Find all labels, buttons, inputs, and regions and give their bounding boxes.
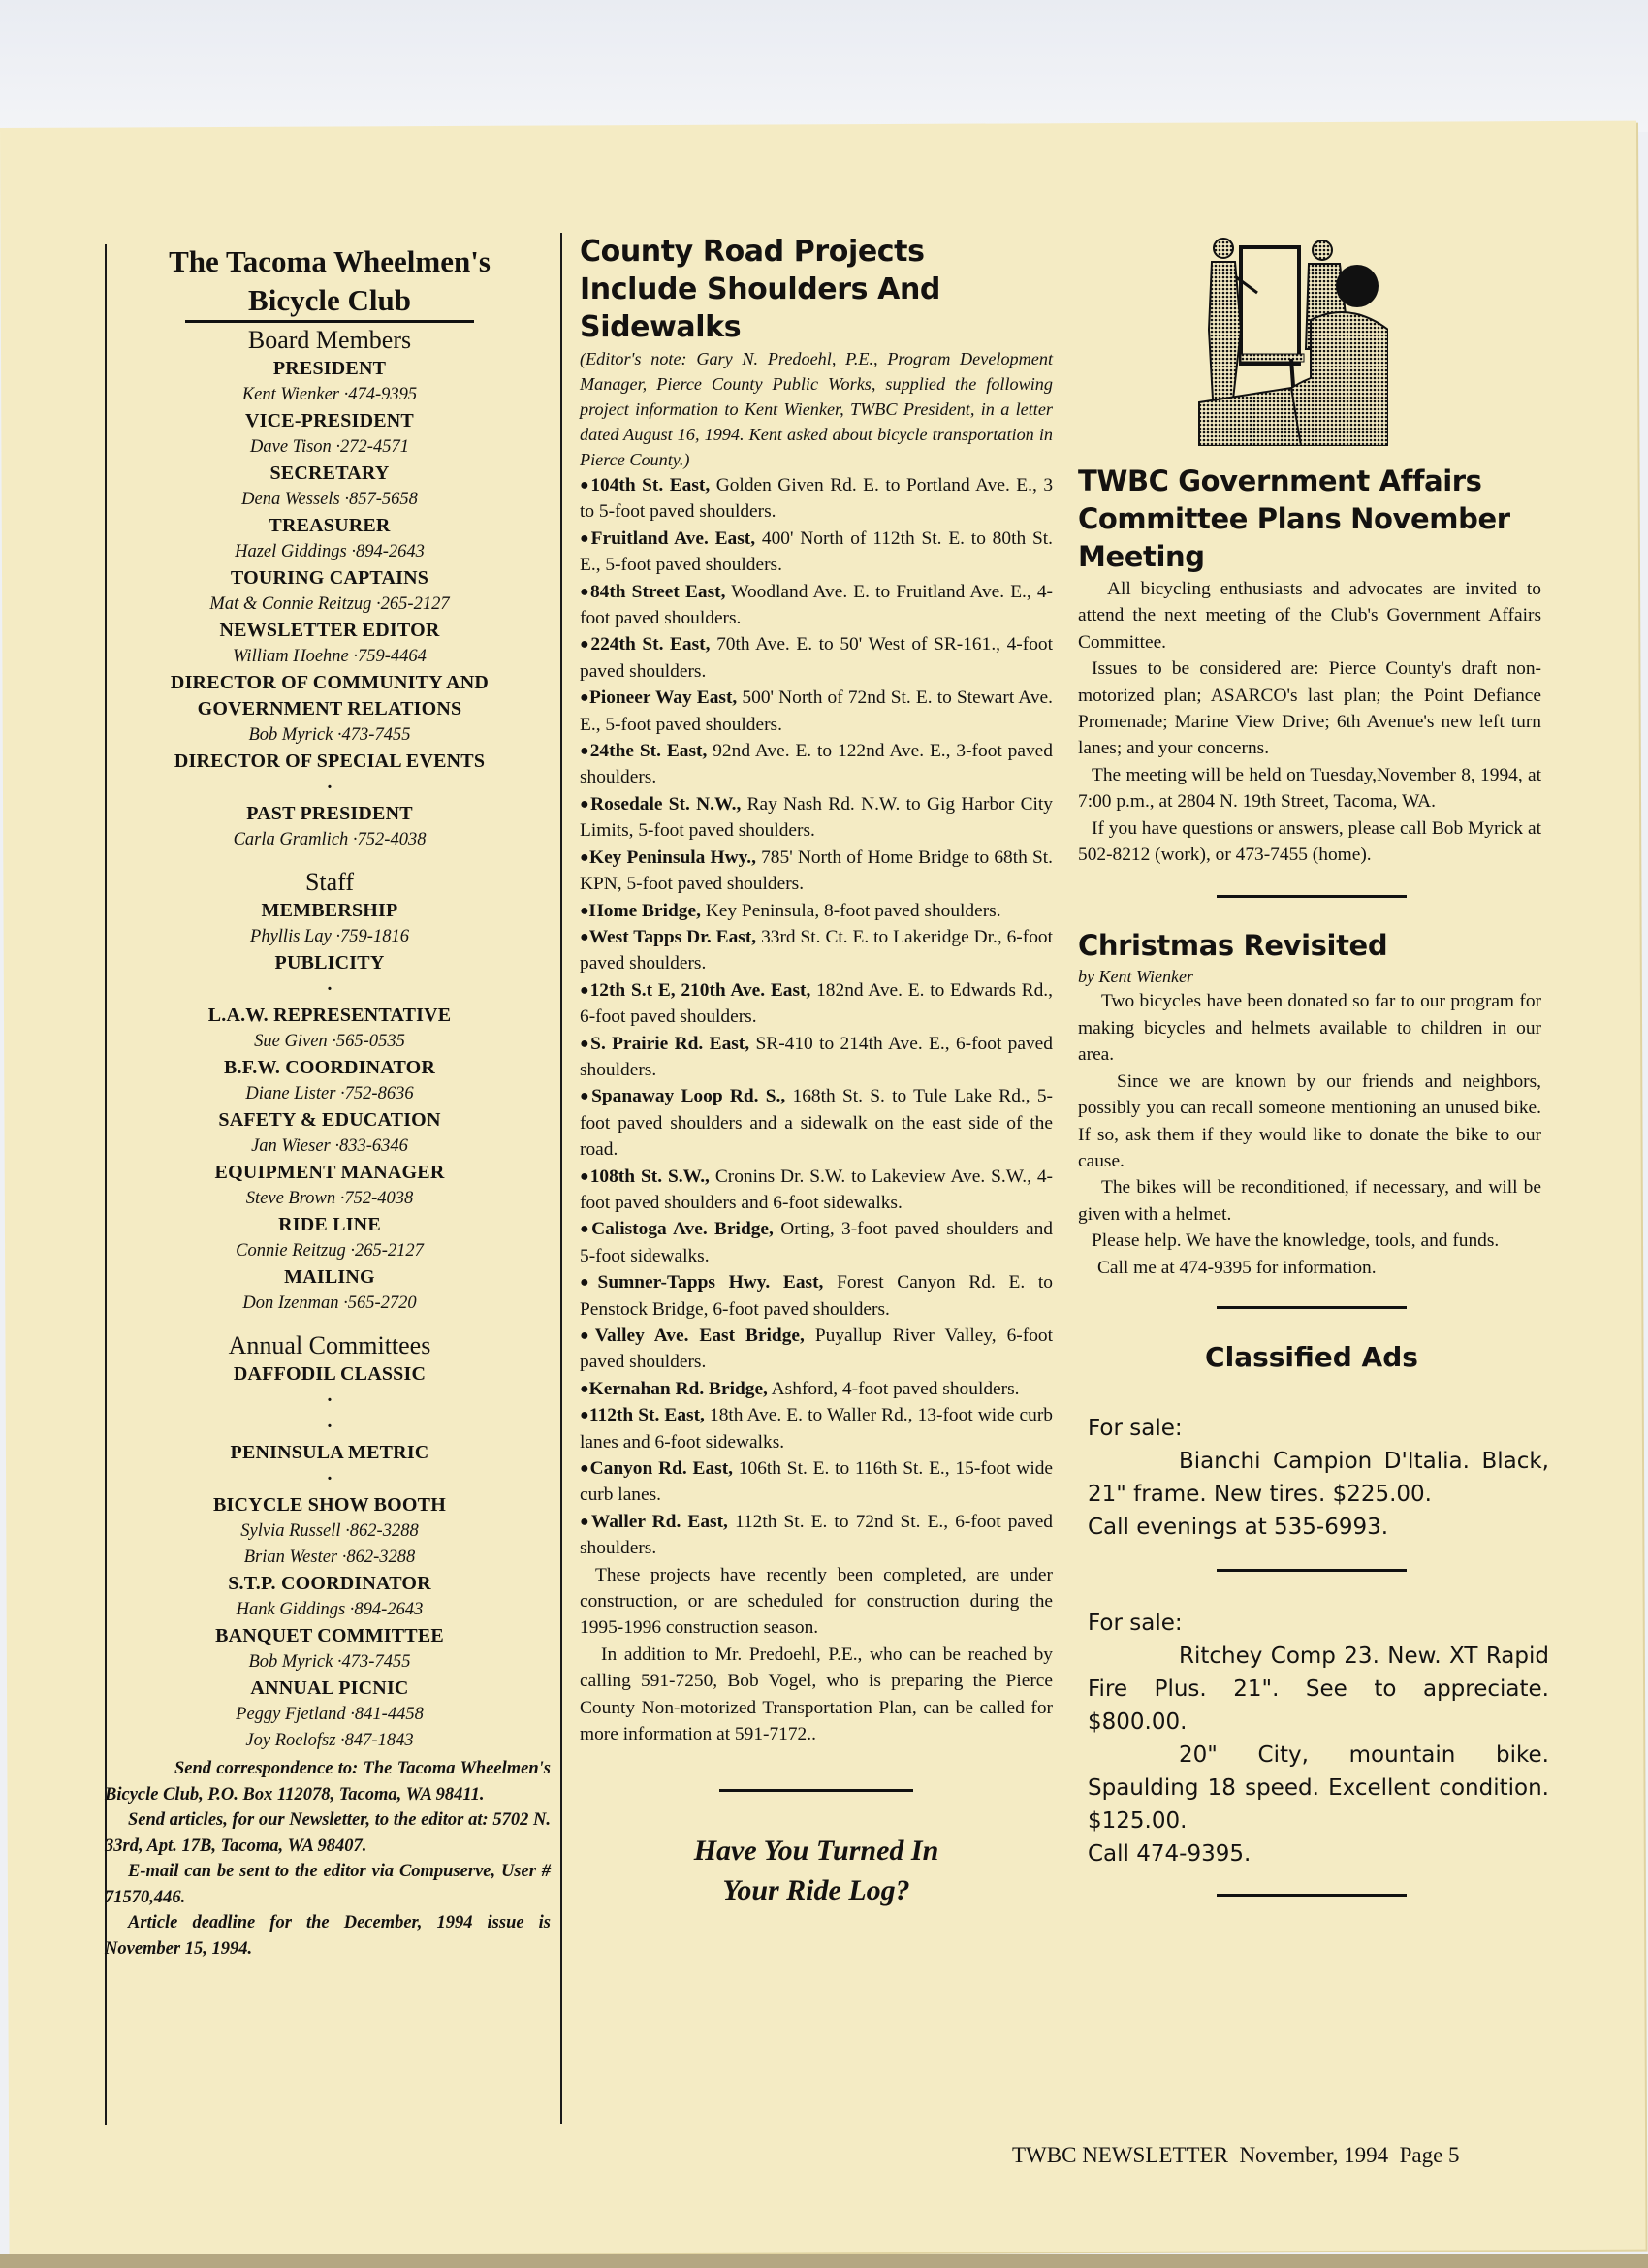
role-title: PRESIDENT — [109, 356, 551, 382]
project-item: ●Canyon Rd. East, 106th St. E. to 116th … — [580, 1455, 1053, 1509]
role-title: PENINSULA METRIC — [109, 1440, 551, 1466]
project-item: ●Calistoga Ave. Bridge, Orting, 3-foot p… — [580, 1216, 1053, 1269]
project-item: ●Rosedale St. N.W., Ray Nash Rd. N.W. to… — [580, 791, 1053, 845]
role-title: BICYCLE SHOW BOOTH — [109, 1492, 551, 1518]
role-title: DIRECTOR OF COMMUNITY AND — [109, 670, 551, 696]
paragraph: Please help. We have the knowledge, tool… — [1078, 1228, 1541, 1254]
bullet-icon: ● — [580, 743, 590, 759]
email-info: E-mail can be sent to the editor via Com… — [105, 1859, 551, 1910]
editors-note: (Editor's note: Gary N. Predoehl, P.E., … — [580, 346, 1053, 472]
gov-affairs-headline: TWBC Government Affairs Committee Plans … — [1078, 463, 1545, 576]
ad-item: Bianchi Campion D'Italia. Black, 21" fra… — [1088, 1445, 1549, 1511]
project-road-name: Sumner-Tapps Hwy. East, — [598, 1272, 824, 1293]
member-name: Phyllis Lay ·759-1816 — [109, 924, 551, 950]
committees-heading: Annual Committees — [109, 1330, 551, 1361]
project-road-name: West Tapps Dr. East, — [589, 927, 756, 947]
role-title: SECRETARY — [109, 461, 551, 487]
member-name: Steve Brown ·752-4038 — [109, 1186, 551, 1212]
member-name: Carla Gramlich ·752-4038 — [109, 827, 551, 853]
headline-line: County Road Projects — [580, 233, 1053, 271]
project-item: ●12th S.t E, 210th Ave. East, 182nd Ave.… — [580, 977, 1053, 1031]
project-road-name: 224th St. East, — [590, 634, 710, 655]
gov-affairs-body: All bicycling enthusiasts and advocates … — [1078, 576, 1541, 868]
headline-line: Sidewalks — [580, 308, 1053, 346]
member-name: Mat & Connie Reitzug ·265-2127 — [109, 591, 551, 618]
project-road-name: Canyon Rd. East, — [590, 1458, 733, 1479]
project-road-name: Key Peninsula Hwy., — [589, 847, 756, 868]
member-name: Jan Wieser ·833-6346 — [109, 1134, 551, 1160]
member-name: Kent Wienker ·474-9395 — [109, 382, 551, 408]
christmas-headline: Christmas Revisited — [1078, 927, 1545, 965]
meeting-presentation-illustration — [1194, 233, 1388, 446]
member-name: Connie Reitzug ·265-2127 — [109, 1238, 551, 1264]
member-name: Joy Roelofsz ·847-1843 — [109, 1728, 551, 1754]
ad-contact: Call 474-9395. — [1088, 1837, 1549, 1870]
role-title: TOURING CAPTAINS — [109, 565, 551, 591]
bullet-icon: ● — [580, 1381, 589, 1397]
bullet-icon: ● — [580, 477, 590, 494]
paragraph: Since we are known by our friends and ne… — [1078, 1069, 1541, 1175]
scanner-background — [0, 0, 1648, 132]
role-title: VICE-PRESIDENT — [109, 408, 551, 434]
contact-info: Send correspondence to: The Tacoma Wheel… — [105, 1756, 551, 1962]
vacant-marker: · — [109, 1414, 551, 1440]
vacant-marker: · — [109, 775, 551, 801]
role-title: NEWSLETTER EDITOR — [109, 618, 551, 644]
member-name: Hank Giddings ·894-2643 — [109, 1597, 551, 1623]
bullet-icon: ● — [580, 1407, 589, 1423]
role-title: EQUIPMENT MANAGER — [109, 1160, 551, 1186]
section-divider — [1217, 1894, 1407, 1897]
project-road-name: S. Prairie Rd. East, — [590, 1034, 749, 1054]
project-item: ●108th St. S.W., Cronins Dr. S.W. to Lak… — [580, 1164, 1053, 1217]
member-name: Don Izenman ·565-2720 — [109, 1291, 551, 1317]
member-name: Dena Wessels ·857-5658 — [109, 487, 551, 513]
bullet-icon: ● — [580, 1327, 595, 1344]
project-item: ●Fruitland Ave. East, 400' North of 112t… — [580, 526, 1053, 579]
staff-heading: Staff — [109, 867, 551, 898]
project-list: ●104th St. East, Golden Given Rd. E. to … — [580, 472, 1053, 1562]
role-title: PUBLICITY — [109, 950, 551, 976]
project-item: ●Key Peninsula Hwy., 785' North of Home … — [580, 845, 1053, 898]
paragraph: Two bicycles have been donated so far to… — [1078, 988, 1541, 1068]
ad-label: For sale: — [1088, 1412, 1549, 1445]
role-title: RIDE LINE — [109, 1212, 551, 1238]
ride-log-reminder: Have You Turned In Your Ride Log? — [580, 1831, 1053, 1910]
project-item: ●84th Street East, Woodland Ave. E. to F… — [580, 579, 1053, 632]
ad-item: 20" City, mountain bike. Spaulding 18 sp… — [1088, 1739, 1549, 1837]
bullet-icon: ● — [580, 1221, 591, 1237]
bullet-icon: ● — [580, 584, 590, 600]
bullet-icon: ● — [580, 849, 589, 866]
project-item: ●Home Bridge, Key Peninsula, 8-foot pave… — [580, 898, 1053, 924]
project-item: ●Waller Rd. East, 112th St. E. to 72nd S… — [580, 1509, 1053, 1562]
club-title-line2: Bicycle Club — [109, 281, 551, 320]
byline: by Kent Wienker — [1078, 965, 1545, 988]
project-item: ●24the St. East, 92nd Ave. E. to 122nd A… — [580, 738, 1053, 791]
classified-ad: For sale: Bianchi Campion D'Italia. Blac… — [1088, 1412, 1549, 1544]
project-road-name: Kernahan Rd. Bridge, — [589, 1379, 768, 1399]
issue-date: November, 1994 — [1239, 2143, 1388, 2167]
bullet-icon: ● — [580, 1036, 590, 1052]
paragraph: The meeting will be held on Tuesday,Nove… — [1078, 762, 1541, 815]
project-road-name: 108th St. S.W., — [590, 1166, 710, 1187]
county-road-article: County Road Projects Include Shoulders A… — [580, 233, 1053, 1910]
bullet-icon: ● — [580, 929, 589, 945]
role-title: S.T.P. COORDINATOR — [109, 1571, 551, 1597]
member-name: Bob Myrick ·473-7455 — [109, 1649, 551, 1676]
middle-column-rule-left — [560, 233, 562, 2124]
project-item: ●Sumner-Tapps Hwy. East, Forest Canyon R… — [580, 1269, 1053, 1323]
headline-line: TWBC Government Affairs — [1078, 463, 1545, 500]
bullet-icon: ● — [580, 1274, 598, 1291]
headline-line: Meeting — [1078, 538, 1545, 576]
vacant-marker: · — [109, 1388, 551, 1414]
headline-line: Committee Plans November — [1078, 500, 1545, 538]
project-item: ●Valley Ave. East Bridge, Puyallup River… — [580, 1323, 1053, 1376]
project-item: ●Pioneer Way East, 500' North of 72nd St… — [580, 685, 1053, 738]
project-item: ●224th St. East, 70th Ave. E. to 50' Wes… — [580, 631, 1053, 685]
bullet-icon: ● — [580, 1514, 591, 1530]
paragraph: All bicycling enthusiasts and advocates … — [1078, 576, 1541, 655]
project-item: ●112th St. East, 18th Ave. E. to Waller … — [580, 1402, 1053, 1455]
role-title: BANQUET COMMITTEE — [109, 1623, 551, 1649]
board-heading: Board Members — [109, 325, 551, 356]
bullet-icon: ● — [580, 796, 590, 813]
project-road-name: 112th St. East, — [589, 1405, 705, 1425]
ride-log-line: Have You Turned In — [580, 1831, 1053, 1870]
role-title: L.A.W. REPRESENTATIVE — [109, 1003, 551, 1029]
role-title: MAILING — [109, 1264, 551, 1291]
role-title: PAST PRESIDENT — [109, 801, 551, 827]
role-title: SAFETY & EDUCATION — [109, 1107, 551, 1134]
member-name: Peggy Fjetland ·841-4458 — [109, 1702, 551, 1728]
project-item: ●West Tapps Dr. East, 33rd St. Ct. E. to… — [580, 924, 1053, 977]
project-road-name: Pioneer Way East, — [589, 687, 737, 708]
page-footer: TWBC NEWSLETTER November, 1994 Page 5 — [1012, 2143, 1460, 2168]
member-name: Dave Tison ·272-4571 — [109, 434, 551, 461]
role-title-cont: GOVERNMENT RELATIONS — [109, 696, 551, 722]
page-bottom-edge — [0, 2254, 1648, 2268]
member-name: Brian Wester ·862-3288 — [109, 1545, 551, 1571]
bullet-icon: ● — [580, 530, 591, 547]
article-deadline: Article deadline for the December, 1994 … — [105, 1910, 551, 1962]
project-item: ●Kernahan Rd. Bridge, Ashford, 4-foot pa… — [580, 1376, 1053, 1402]
bullet-icon: ● — [580, 903, 589, 919]
closing-paragraph: These projects have recently been comple… — [580, 1562, 1053, 1642]
title-underline — [185, 320, 474, 323]
project-road-name: 24the St. East, — [590, 741, 708, 761]
club-title: The Tacoma Wheelmen's — [109, 242, 551, 281]
paragraph: The bikes will be reconditioned, if nece… — [1078, 1174, 1541, 1228]
role-title: ANNUAL PICNIC — [109, 1676, 551, 1702]
paragraph: Call me at 474-9395 for information. — [1078, 1255, 1541, 1281]
publication-name: TWBC NEWSLETTER — [1012, 2143, 1228, 2167]
bullet-icon: ● — [580, 1460, 590, 1477]
project-road-name: Home Bridge, — [589, 901, 701, 921]
member-name: Sue Given ·565-0535 — [109, 1029, 551, 1055]
role-title: DAFFODIL CLASSIC — [109, 1361, 551, 1388]
paragraph: Issues to be considered are: Pierce Coun… — [1078, 655, 1541, 762]
member-name: Bob Myrick ·473-7455 — [109, 722, 551, 749]
role-title: TREASURER — [109, 513, 551, 539]
bullet-icon: ● — [580, 636, 590, 653]
club-directory: The Tacoma Wheelmen's Bicycle Club Board… — [109, 242, 551, 1962]
project-road-name: Valley Ave. East Bridge, — [595, 1326, 805, 1346]
project-road-name: 104th St. East, — [590, 475, 710, 495]
paragraph: If you have questions or answers, please… — [1078, 815, 1541, 869]
classified-ad: For sale: Ritchey Comp 23. New. XT Rapid… — [1088, 1607, 1549, 1870]
member-name: Sylvia Russell ·862-3288 — [109, 1518, 551, 1545]
classified-ads-heading: Classified Ads — [1078, 1338, 1545, 1377]
article-headline: County Road Projects Include Shoulders A… — [580, 233, 1053, 346]
role-title: MEMBERSHIP — [109, 898, 551, 924]
headline-line: Include Shoulders And — [580, 271, 1053, 308]
project-road-name: 84th Street East, — [590, 582, 726, 602]
project-road-name: Calistoga Ave. Bridge, — [591, 1219, 774, 1239]
bullet-icon: ● — [580, 689, 589, 706]
newsletter-submission-address: Send articles, for our Newsletter, to th… — [105, 1807, 551, 1859]
ad-item: Ritchey Comp 23. New. XT Rapid Fire Plus… — [1088, 1640, 1549, 1739]
member-name: Diane Lister ·752-8636 — [109, 1081, 551, 1107]
christmas-body: Two bicycles have been donated so far to… — [1078, 988, 1541, 1280]
member-name: Hazel Giddings ·894-2643 — [109, 539, 551, 565]
vacant-marker: · — [109, 1466, 551, 1492]
correspondence-address: Send correspondence to: The Tacoma Wheel… — [105, 1756, 551, 1807]
closing-paragraph: In addition to Mr. Predoehl, P.E., who c… — [580, 1642, 1053, 1748]
project-road-name: Spanaway Loop Rd. S., — [591, 1086, 785, 1106]
ride-log-line: Your Ride Log? — [580, 1870, 1053, 1910]
page-number: Page 5 — [1400, 2143, 1460, 2167]
right-column: TWBC Government Affairs Committee Plans … — [1078, 233, 1545, 1897]
role-title: B.F.W. COORDINATOR — [109, 1055, 551, 1081]
project-road-name: Rosedale St. N.W., — [590, 794, 741, 815]
ad-label: For sale: — [1088, 1607, 1549, 1640]
role-title: DIRECTOR OF SPECIAL EVENTS — [109, 749, 551, 775]
project-detail: Ashford, 4-foot paved shoulders. — [768, 1379, 1020, 1399]
project-item: ●S. Prairie Rd. East, SR-410 to 214th Av… — [580, 1031, 1053, 1084]
project-detail: Key Peninsula, 8-foot paved shoulders. — [701, 901, 1001, 921]
bullet-icon: ● — [580, 1088, 591, 1104]
project-item: ●104th St. East, Golden Given Rd. E. to … — [580, 472, 1053, 526]
bullet-icon: ● — [580, 1168, 590, 1185]
project-item: ●Spanaway Loop Rd. S., 168th St. S. to T… — [580, 1083, 1053, 1163]
project-road-name: 12th S.t E, 210th Ave. East, — [590, 980, 811, 1001]
bullet-icon: ● — [580, 982, 590, 999]
vacant-marker: · — [109, 976, 551, 1003]
member-name: William Hoehne ·759-4464 — [109, 644, 551, 670]
project-road-name: Fruitland Ave. East, — [591, 528, 755, 549]
project-road-name: Waller Rd. East, — [591, 1512, 728, 1532]
ad-contact: Call evenings at 535-6993. — [1088, 1511, 1549, 1544]
